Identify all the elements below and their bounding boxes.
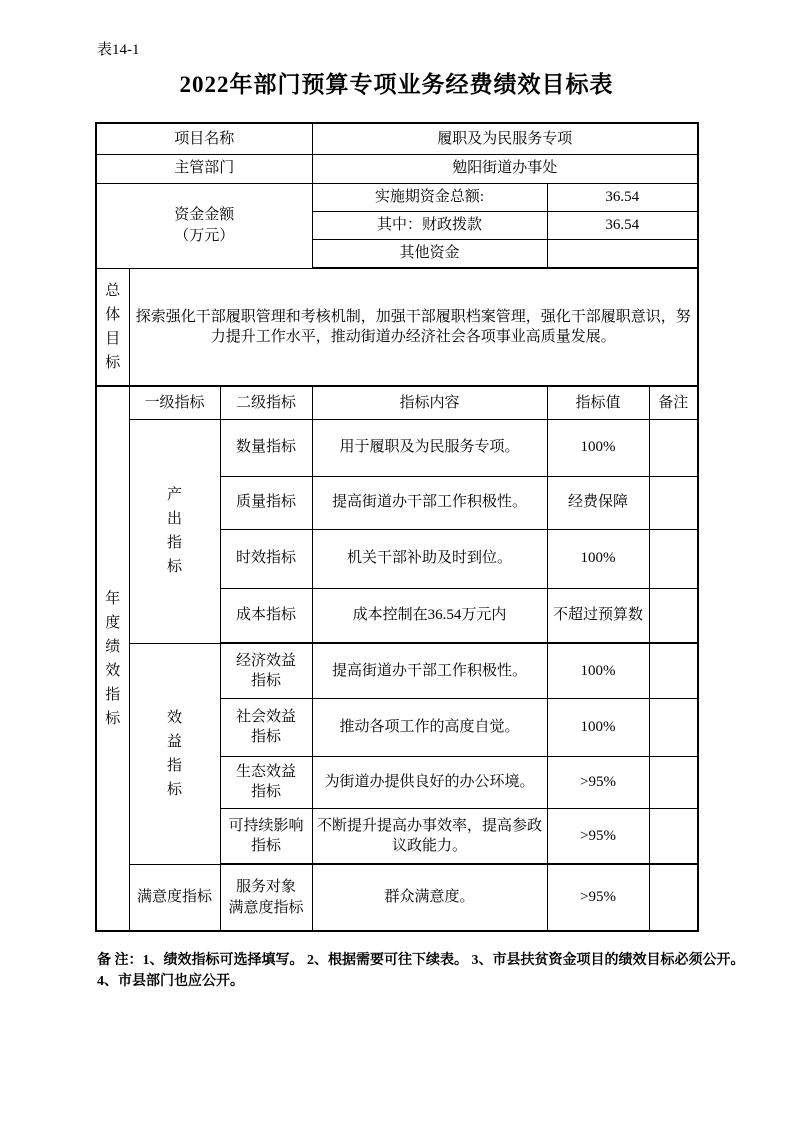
indicator-content: 机关干部补助及时到位。 (312, 529, 547, 588)
column-header-secondary: 二级指标 (220, 386, 312, 419)
department-value: 勉阳街道办事处 (312, 154, 698, 183)
indicator-remark (649, 864, 698, 931)
project-name-value: 履职及为民服务专项 (312, 123, 698, 154)
group-satisfaction-label: 满意度指标 (129, 864, 220, 931)
fund-other-label: 其他资金 (312, 239, 547, 268)
indicator-content: 为街道办提供良好的办公环境。 (312, 756, 547, 808)
indicator-remark (649, 529, 698, 588)
project-name-label: 项目名称 (96, 123, 312, 154)
secondary-indicator: 服务对象 满意度指标 (220, 864, 312, 931)
performance-target-table: 项目名称 履职及为民服务专项 主管部门 勉阳街道办事处 资金金额 （万元） 实施… (95, 122, 699, 932)
column-header-value: 指标值 (547, 386, 649, 419)
secondary-indicator: 社会效益 指标 (220, 698, 312, 756)
indicator-content: 成本控制在36.54万元内 (312, 588, 547, 643)
indicator-remark (649, 756, 698, 808)
secondary-indicator: 质量指标 (220, 476, 312, 529)
column-header-primary: 一级指标 (129, 386, 220, 419)
form-number-label: 表14-1 (97, 38, 140, 59)
annual-indicator-label-text: 年度绩效指标 (103, 587, 123, 731)
indicator-remark (649, 643, 698, 698)
overall-goal-label-text: 总体目标 (103, 279, 123, 375)
table-row: 满意度指标 服务对象 满意度指标 群众满意度。 >95% (96, 864, 698, 931)
indicator-value: >95% (547, 864, 649, 931)
indicator-value: 100% (547, 419, 649, 476)
secondary-indicator: 成本指标 (220, 588, 312, 643)
column-header-remark: 备注 (649, 386, 698, 419)
indicator-content: 提高街道办干部工作积极性。 (312, 643, 547, 698)
table-row: 项目名称 履职及为民服务专项 (96, 123, 698, 154)
table-row: 效益指标 经济效益 指标 提高街道办干部工作积极性。 100% (96, 643, 698, 698)
indicator-content: 提高街道办干部工作积极性。 (312, 476, 547, 529)
indicator-remark (649, 808, 698, 864)
table-row: 资金金额 （万元） 实施期资金总额: 36.54 (96, 183, 698, 211)
secondary-indicator: 生态效益 指标 (220, 756, 312, 808)
indicator-remark (649, 476, 698, 529)
fund-other-value (547, 239, 698, 268)
indicator-value: 100% (547, 643, 649, 698)
fund-total-label: 实施期资金总额: (312, 183, 547, 211)
secondary-indicator: 时效指标 (220, 529, 312, 588)
indicator-value: 经费保障 (547, 476, 649, 529)
secondary-indicator: 经济效益 指标 (220, 643, 312, 698)
indicator-content: 群众满意度。 (312, 864, 547, 931)
fund-fiscal-label: 其中：财政拨款 (312, 211, 547, 239)
document-page: 表14-1 2022年部门预算专项业务经费绩效目标表 项目名称 履职及为民服务专… (0, 0, 793, 1122)
overall-goal-content: 探索强化干部履职管理和考核机制，加强干部履职档案管理，强化干部履职意识，努力提升… (129, 268, 698, 386)
indicator-content: 不断提升提高办事效率，提高参政议政能力。 (312, 808, 547, 864)
indicator-remark (649, 588, 698, 643)
overall-goal-label: 总体目标 (96, 268, 129, 386)
indicator-value: 100% (547, 698, 649, 756)
annual-indicator-label: 年度绩效指标 (96, 386, 129, 931)
table-row: 总体目标 探索强化干部履职管理和考核机制，加强干部履职档案管理，强化干部履职意识… (96, 268, 698, 386)
department-label: 主管部门 (96, 154, 312, 183)
indicator-value: 100% (547, 529, 649, 588)
secondary-indicator: 可持续影响 指标 (220, 808, 312, 864)
group-benefit-label-text: 效益指标 (165, 706, 185, 802)
table-header-row: 年度绩效指标 一级指标 二级指标 指标内容 指标值 备注 (96, 386, 698, 419)
indicator-value: >95% (547, 756, 649, 808)
group-benefit-label: 效益指标 (129, 643, 220, 864)
secondary-indicator: 数量指标 (220, 419, 312, 476)
indicator-content: 推动各项工作的高度自觉。 (312, 698, 547, 756)
fund-total-value: 36.54 (547, 183, 698, 211)
indicator-value: 不超过预算数 (547, 588, 649, 643)
fund-fiscal-value: 36.54 (547, 211, 698, 239)
footer-note: 备 注：1、绩效指标可选择填写。 2、根据需要可往下续表。 3、市县扶贫资金项目… (97, 950, 747, 992)
fund-amount-label: 资金金额 （万元） (96, 183, 312, 268)
page-title: 2022年部门预算专项业务经费绩效目标表 (0, 66, 793, 99)
table-row: 产出指标 数量指标 用于履职及为民服务专项。 100% (96, 419, 698, 476)
indicator-remark (649, 419, 698, 476)
column-header-content: 指标内容 (312, 386, 547, 419)
group-output-label: 产出指标 (129, 419, 220, 643)
indicator-remark (649, 698, 698, 756)
indicator-content: 用于履职及为民服务专项。 (312, 419, 547, 476)
table-row: 主管部门 勉阳街道办事处 (96, 154, 698, 183)
group-output-label-text: 产出指标 (165, 483, 185, 579)
indicator-value: >95% (547, 808, 649, 864)
